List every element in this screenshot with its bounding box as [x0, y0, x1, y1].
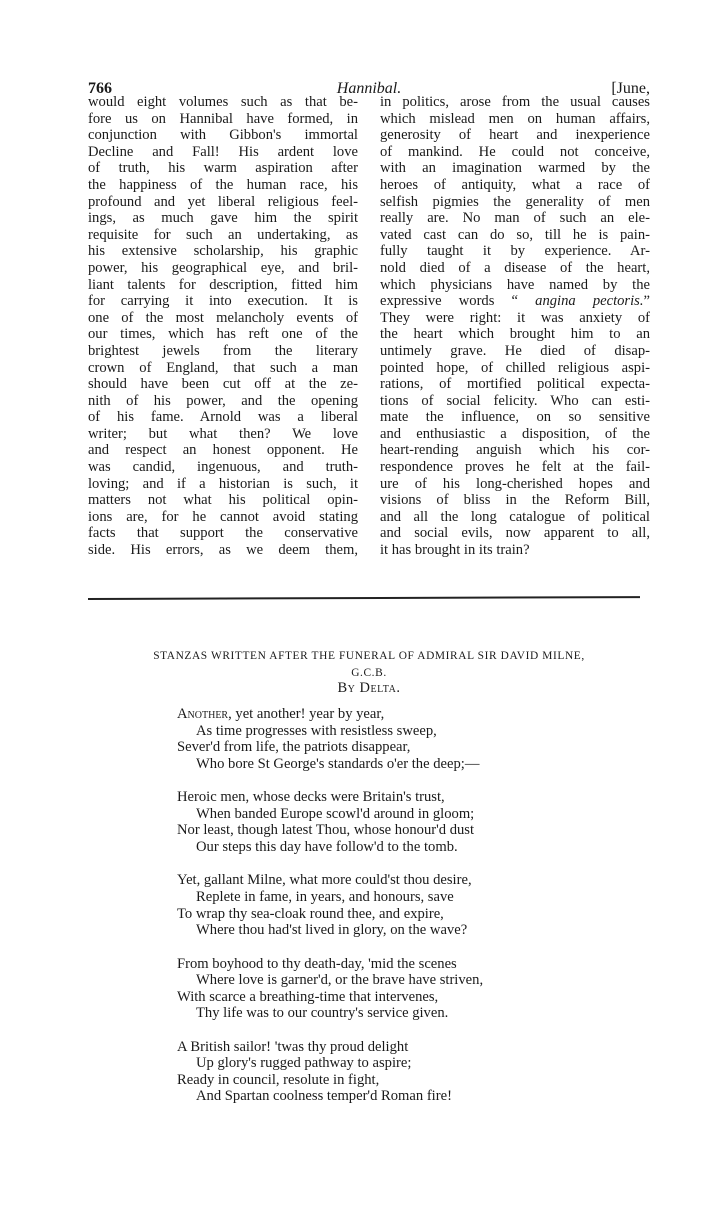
poem-byline: By Delta.: [88, 680, 650, 697]
text-line: one of the most melancholy events of: [88, 310, 358, 327]
verse-line: Who bore St George's standards o'er the …: [177, 756, 597, 773]
text-line: his extensive scholarship, his graphic: [88, 243, 358, 260]
verse-line: Where love is garner'd, or the brave hav…: [177, 972, 597, 989]
text-line: They were right: it was anxiety of: [380, 310, 650, 327]
text-line: profound and yet liberal religious feel-: [88, 194, 358, 211]
text-line: expressive words “ angina pectoris.”: [380, 293, 650, 310]
text-line: vated cast can do so, till he is pain-: [380, 227, 650, 244]
stanza: Heroic men, whose decks were Britain's t…: [177, 789, 597, 855]
poem-body: Another, yet another! year by year, As t…: [177, 706, 597, 1122]
verse-line: With scarce a breathing-time that interv…: [177, 989, 597, 1006]
text-line: power, his geographical eye, and bril-: [88, 260, 358, 277]
text-line: which mislead men on human affairs,: [380, 111, 650, 128]
text-line: mate the influence, on so sensitive: [380, 409, 650, 426]
text-line: nold died of a disease of the heart,: [380, 260, 650, 277]
verse-line: Sever'd from life, the patriots disappea…: [177, 739, 597, 756]
text-line: of truth, his warm aspiration after: [88, 160, 358, 177]
verse-line: Up glory's rugged pathway to aspire;: [177, 1055, 597, 1072]
poem-title-line: STANZAS WRITTEN AFTER THE FUNERAL OF ADM…: [88, 648, 650, 665]
stanza: Another, yet another! year by year, As t…: [177, 706, 597, 772]
verse-line: Another, yet another! year by year,: [177, 706, 597, 723]
verse-line: As time progresses with resistless sweep…: [177, 723, 597, 740]
text-line: liant talents for description, fitted hi…: [88, 277, 358, 294]
text-line: with an imagination warmed by the: [380, 160, 650, 177]
text-line: heroes of antiquity, what a race of: [380, 177, 650, 194]
text-line: would eight volumes such as that be-: [88, 94, 358, 111]
poem-title: STANZAS WRITTEN AFTER THE FUNERAL OF ADM…: [88, 648, 650, 682]
text-line: pointed hope, of chilled religious aspi-: [380, 360, 650, 377]
document-page: 766 Hannibal. [June, would eight volumes…: [0, 0, 721, 1211]
verse-line: Our steps this day have follow'd to the …: [177, 839, 597, 856]
text-line: the heart which brought him to an: [380, 326, 650, 343]
opening-word: Another: [177, 706, 228, 722]
verse-line: Where thou had'st lived in glory, on the…: [177, 922, 597, 939]
text-line: our times, which has reft one of the: [88, 326, 358, 343]
text-line: respondence proves he felt at the fail-: [380, 459, 650, 476]
text-line: crown of England, that such a man: [88, 360, 358, 377]
text-line: Decline and Fall! His ardent love: [88, 144, 358, 161]
text-line: and enthusiastic a disposition, of the: [380, 426, 650, 443]
text-line: nith of his power, and the opening: [88, 393, 358, 410]
text-line: which physicians have named by the: [380, 277, 650, 294]
verse-line: A British sailor! 'twas thy proud deligh…: [177, 1039, 597, 1056]
stanza: Yet, gallant Milne, what more could'st t…: [177, 872, 597, 938]
text-line: the happiness of the human race, his: [88, 177, 358, 194]
verse-line: Yet, gallant Milne, what more could'st t…: [177, 872, 597, 889]
text-line: fully taught it by experience. Ar-: [380, 243, 650, 260]
verse-line: And Spartan coolness temper'd Roman fire…: [177, 1088, 597, 1105]
text-line: ings, as much gave him the spirit: [88, 210, 358, 227]
text-line: side. His errors, as we deem them,: [88, 542, 358, 559]
text-line: heart-rending anguish which his cor-: [380, 442, 650, 459]
text-line: matters not what his political opin-: [88, 492, 358, 509]
verse-line: Nor least, though latest Thou, whose hon…: [177, 822, 597, 839]
verse-line: When banded Europe scowl'd around in glo…: [177, 806, 597, 823]
text-line: brightest jewels from the literary: [88, 343, 358, 360]
stanza: From boyhood to thy death-day, 'mid the …: [177, 956, 597, 1022]
text-line: fore us on Hannibal have formed, in: [88, 111, 358, 128]
stanza: A British sailor! 'twas thy proud deligh…: [177, 1039, 597, 1105]
text-line: facts that support the conservative: [88, 525, 358, 542]
text-line: was candid, ingenuous, and truth-: [88, 459, 358, 476]
text-line: loving; and if a historian is such, it: [88, 476, 358, 493]
text-line: visions of bliss in the Reform Bill,: [380, 492, 650, 509]
verse-line: To wrap thy sea-cloak round thee, and ex…: [177, 906, 597, 923]
text-line: for carrying it into execution. It is: [88, 293, 358, 310]
text-line: selfish pigmies the generality of men: [380, 194, 650, 211]
verse-line: Heroic men, whose decks were Britain's t…: [177, 789, 597, 806]
text-line: it has brought in its train?: [380, 542, 650, 559]
italic-phrase: angina pectoris.: [535, 293, 643, 309]
text-line: ure of his long-cherished hopes and: [380, 476, 650, 493]
text-line: and respect an honest opponent. He: [88, 442, 358, 459]
text-line: generosity of heart and inexperience: [380, 127, 650, 144]
verse-line: Ready in council, resolute in fight,: [177, 1072, 597, 1089]
verse-line: Replete in fame, in years, and honours, …: [177, 889, 597, 906]
text-line: rations, of mortified political expecta-: [380, 376, 650, 393]
text-line: and all the long catalogue of political: [380, 509, 650, 526]
article-left-column: would eight volumes such as that be- for…: [88, 94, 358, 559]
text-line: and social evils, now apparent to all,: [380, 525, 650, 542]
text-line: really are. No man of such an ele-: [380, 210, 650, 227]
text-line: untimely grave. He died of disap-: [380, 343, 650, 360]
text-line: ions are, for he cannot avoid stating: [88, 509, 358, 526]
article-right-column: in politics, arose from the usual causes…: [380, 94, 650, 559]
text-line: should have been cut off at the ze-: [88, 376, 358, 393]
text-line: tions of social felicity. Who can esti-: [380, 393, 650, 410]
text-line: requisite for such an undertaking, as: [88, 227, 358, 244]
verse-line: From boyhood to thy death-day, 'mid the …: [177, 956, 597, 973]
section-divider: [88, 596, 640, 600]
text-line: of mankind. He could not conceive,: [380, 144, 650, 161]
text-line: in politics, arose from the usual causes: [380, 94, 650, 111]
text-line: writer; but what then? We love: [88, 426, 358, 443]
text-line: conjunction with Gibbon's immortal: [88, 127, 358, 144]
text-line: of his fame. Arnold was a liberal: [88, 409, 358, 426]
verse-line: Thy life was to our country's service gi…: [177, 1005, 597, 1022]
